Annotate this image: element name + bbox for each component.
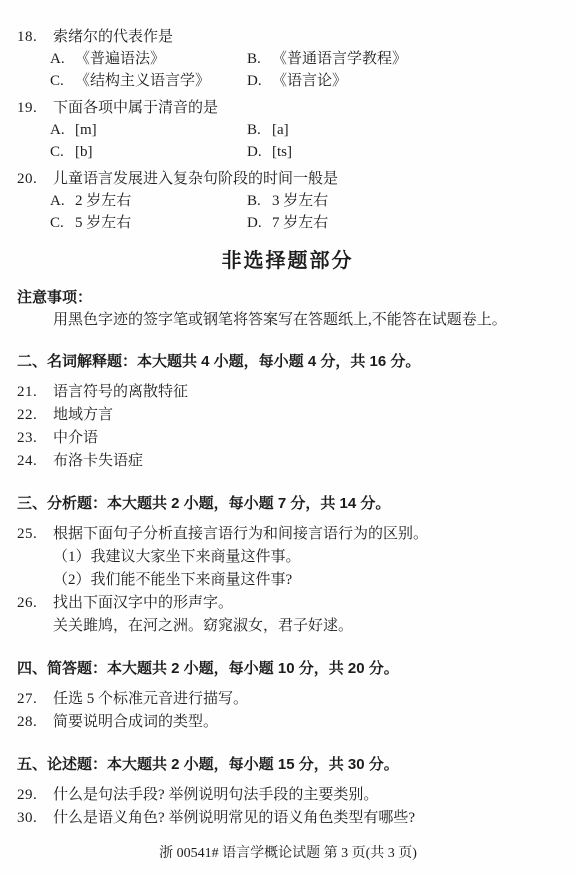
option-text: 2 岁左右 xyxy=(75,190,131,212)
option-letter: C. xyxy=(50,70,75,92)
question-number: 22. xyxy=(17,404,53,427)
option-20-d: D. 7 岁左右 xyxy=(247,212,558,234)
question-number: 21. xyxy=(17,381,53,404)
option-18-a: A. 《普遍语法》 xyxy=(50,48,247,70)
question-number: 20. xyxy=(17,168,53,190)
notice-body: 用黑色字迹的签字笔或钢笔将答案写在答题纸上,不能答在试题卷上。 xyxy=(53,309,558,331)
question-text: 什么是句法手段? 举例说明句法手段的主要类别。 xyxy=(53,784,558,807)
question-number: 25. xyxy=(17,523,53,546)
question-18-stem-row: 18. 索绪尔的代表作是 xyxy=(17,26,558,48)
question-30: 30. 什么是语义角色? 举例说明常见的语义角色类型有哪些? xyxy=(17,807,558,830)
option-18-b: B. 《普通语言学教程》 xyxy=(247,48,558,70)
question-number: 23. xyxy=(17,427,53,450)
option-letter: B. xyxy=(247,190,272,212)
question-number: 27. xyxy=(17,688,53,711)
section-5: 五、论述题：本大题共 2 小题，每小题 15 分，共 30 分。 29. 什么是… xyxy=(17,754,558,830)
question-text: 布洛卡失语症 xyxy=(53,450,558,473)
option-letter: A. xyxy=(50,190,75,212)
question-29: 29. 什么是句法手段? 举例说明句法手段的主要类别。 xyxy=(17,784,558,807)
option-text: 《普遍语法》 xyxy=(75,48,165,70)
question-21: 21. 语言符号的离散特征 xyxy=(17,381,558,404)
option-18-d: D. 《语言论》 xyxy=(247,70,558,92)
option-text: 《结构主义语言学》 xyxy=(75,70,210,92)
option-text: [a] xyxy=(272,119,289,141)
question-stem: 索绪尔的代表作是 xyxy=(53,26,558,48)
option-letter: A. xyxy=(50,119,75,141)
section-4: 四、简答题：本大题共 2 小题，每小题 10 分，共 20 分。 27. 任选 … xyxy=(17,658,558,734)
option-text: 5 岁左右 xyxy=(75,212,131,234)
question-20-stem-row: 20. 儿童语言发展进入复杂句阶段的时间一般是 xyxy=(17,168,558,190)
question-stem: 儿童语言发展进入复杂句阶段的时间一般是 xyxy=(53,168,558,190)
section-2-title: 二、名词解释题：本大题共 4 小题，每小题 4 分，共 16 分。 xyxy=(17,351,558,373)
question-text: 找出下面汉字中的形声字。 xyxy=(53,592,558,615)
option-text: [b] xyxy=(75,141,93,163)
question-25-example-2: （2）我们能不能坐下来商量这件事? xyxy=(53,569,558,592)
question-number: 19. xyxy=(17,97,53,119)
question-20: 20. 儿童语言发展进入复杂句阶段的时间一般是 A. 2 岁左右 B. 3 岁左… xyxy=(17,168,558,234)
question-18: 18. 索绪尔的代表作是 A. 《普遍语法》 B. 《普通语言学教程》 C. 《… xyxy=(17,26,558,92)
question-text: 地域方言 xyxy=(53,404,558,427)
option-text: 《语言论》 xyxy=(272,70,347,92)
option-letter: B. xyxy=(247,119,272,141)
question-28: 28. 简要说明合成词的类型。 xyxy=(17,711,558,734)
question-text: 中介语 xyxy=(53,427,558,450)
question-25: 25. 根据下面句子分析直接言语行为和间接言语行为的区别。 （1）我建议大家坐下… xyxy=(17,523,558,592)
option-20-c: C. 5 岁左右 xyxy=(50,212,247,234)
option-letter: D. xyxy=(247,212,272,234)
option-20-b: B. 3 岁左右 xyxy=(247,190,558,212)
option-19-c: C. [b] xyxy=(50,141,247,163)
section-2: 二、名词解释题：本大题共 4 小题，每小题 4 分，共 16 分。 21. 语言… xyxy=(17,351,558,473)
question-text: 语言符号的离散特征 xyxy=(53,381,558,404)
question-25-example-1: （1）我建议大家坐下来商量这件事。 xyxy=(53,546,558,569)
option-letter: C. xyxy=(50,141,75,163)
option-text: 7 岁左右 xyxy=(272,212,328,234)
section-3: 三、分析题：本大题共 2 小题，每小题 7 分，共 14 分。 25. 根据下面… xyxy=(17,493,558,638)
question-number: 28. xyxy=(17,711,53,734)
question-text: 简要说明合成词的类型。 xyxy=(53,711,558,734)
question-23: 23. 中介语 xyxy=(17,427,558,450)
option-text: [m] xyxy=(75,119,97,141)
notice-title: 注意事项： xyxy=(17,287,558,309)
question-19-options: A. [m] B. [a] C. [b] D. [ts] xyxy=(50,119,558,163)
option-19-b: B. [a] xyxy=(247,119,558,141)
question-number: 24. xyxy=(17,450,53,473)
question-19-stem-row: 19. 下面各项中属于清音的是 xyxy=(17,97,558,119)
page-footer: 浙 00541# 语言学概论试题 第 3 页(共 3 页) xyxy=(0,845,576,863)
option-letter: B. xyxy=(247,48,272,70)
question-26: 26. 找出下面汉字中的形声字。 关关雎鸠，在河之洲。窈窕淑女，君子好逑。 xyxy=(17,592,558,638)
question-number: 29. xyxy=(17,784,53,807)
question-22: 22. 地域方言 xyxy=(17,404,558,427)
question-number: 26. xyxy=(17,592,53,615)
option-letter: C. xyxy=(50,212,75,234)
question-text: 任选 5 个标准元音进行描写。 xyxy=(53,688,558,711)
question-stem: 下面各项中属于清音的是 xyxy=(53,97,558,119)
option-letter: A. xyxy=(50,48,75,70)
section-3-title: 三、分析题：本大题共 2 小题，每小题 7 分，共 14 分。 xyxy=(17,493,558,515)
option-text: 3 岁左右 xyxy=(272,190,328,212)
question-19: 19. 下面各项中属于清音的是 A. [m] B. [a] C. [b] D. … xyxy=(17,97,558,163)
question-text: 什么是语义角色? 举例说明常见的语义角色类型有哪些? xyxy=(53,807,558,830)
option-text: [ts] xyxy=(272,141,292,163)
option-18-c: C. 《结构主义语言学》 xyxy=(50,70,247,92)
exam-paper-page: 18. 索绪尔的代表作是 A. 《普遍语法》 B. 《普通语言学教程》 C. 《… xyxy=(0,0,576,875)
section-5-title: 五、论述题：本大题共 2 小题，每小题 15 分，共 30 分。 xyxy=(17,754,558,776)
question-27: 27. 任选 5 个标准元音进行描写。 xyxy=(17,688,558,711)
option-19-d: D. [ts] xyxy=(247,141,558,163)
option-20-a: A. 2 岁左右 xyxy=(50,190,247,212)
question-26-example: 关关雎鸠，在河之洲。窈窕淑女，君子好逑。 xyxy=(53,615,558,638)
option-letter: D. xyxy=(247,70,272,92)
question-18-options: A. 《普遍语法》 B. 《普通语言学教程》 C. 《结构主义语言学》 D. 《… xyxy=(50,48,558,92)
question-number: 18. xyxy=(17,26,53,48)
option-text: 《普通语言学教程》 xyxy=(272,48,407,70)
option-19-a: A. [m] xyxy=(50,119,247,141)
option-letter: D. xyxy=(247,141,272,163)
question-24: 24. 布洛卡失语症 xyxy=(17,450,558,473)
question-number: 30. xyxy=(17,807,53,830)
part-heading: 非选择题部分 xyxy=(17,248,558,274)
question-20-options: A. 2 岁左右 B. 3 岁左右 C. 5 岁左右 D. 7 岁左右 xyxy=(50,190,558,234)
question-text: 根据下面句子分析直接言语行为和间接言语行为的区别。 xyxy=(53,523,558,546)
section-4-title: 四、简答题：本大题共 2 小题，每小题 10 分，共 20 分。 xyxy=(17,658,558,680)
